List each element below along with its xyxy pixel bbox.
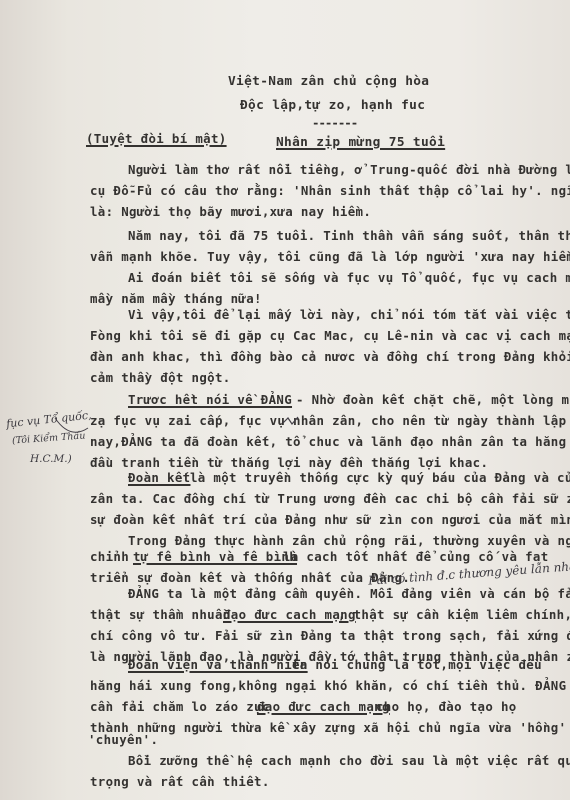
- handwritten-marks: [0, 0, 570, 800]
- document-page: Việt-Nam zân chủ cộng hòa Độc lập,tự zo,…: [0, 0, 570, 800]
